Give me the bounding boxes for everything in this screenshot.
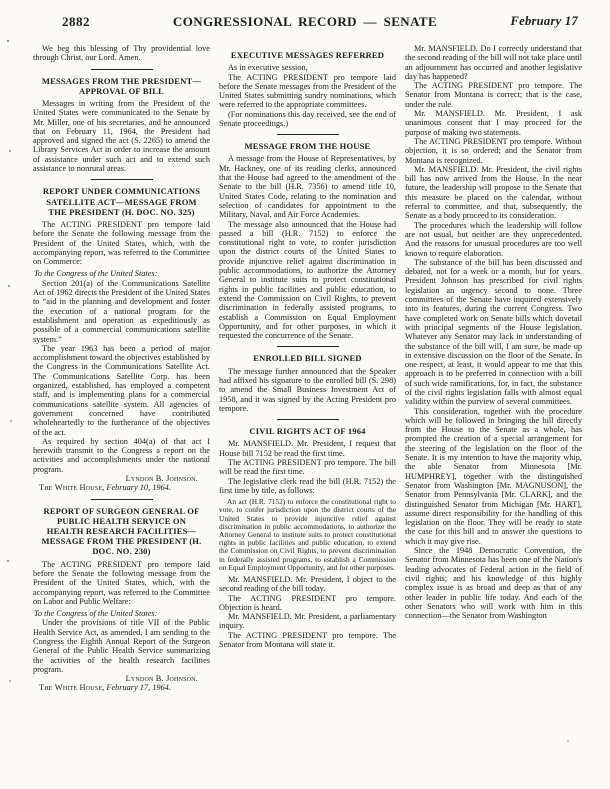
page-header: 2882 CONGRESSIONAL RECORD — SENATE Febru…: [30, 13, 580, 35]
dateline-date: February 10, 1964.: [104, 483, 171, 492]
issue-date: February 17: [510, 14, 578, 29]
dateline: The White House, February 10, 1964.: [33, 483, 210, 492]
section-heading: MESSAGES FROM THE PRESIDENT—APPROVAL OF …: [38, 76, 205, 96]
body-paragraph: We beg this blessing of Thy providential…: [33, 44, 210, 63]
body-paragraph: This consideration, together with the pr…: [405, 407, 582, 546]
section-heading: MESSAGE FROM THE HOUSE: [224, 141, 391, 151]
bill-text: An act (H.R. 7152) to enforce the consti…: [219, 498, 396, 572]
body-paragraph: (For nominations this day received, see …: [219, 110, 396, 129]
body-paragraph: Mr. MANSFIELD. Mr. President, I object t…: [219, 575, 396, 594]
body-paragraph: Messages in writing from the President o…: [33, 99, 210, 173]
body-paragraph: The substance of the bill has been discu…: [405, 258, 582, 407]
section-heading: CIVIL RIGHTS ACT OF 1964: [224, 426, 391, 436]
body-paragraph: As in executive session,: [219, 63, 396, 72]
body-paragraph: Section 201(a) of the Communications Sat…: [33, 279, 210, 344]
signature: Lyndon B. Johnson.: [33, 674, 210, 683]
body-paragraph: Mr. MANSFIELD. Mr. President, the civil …: [405, 165, 582, 221]
body-paragraph: Under the provisions of title VII of the…: [33, 618, 210, 674]
section-separator: [277, 134, 339, 135]
salutation: To the Congress of the United States:: [33, 609, 210, 618]
body-paragraph: Mr. MANSFIELD. Mr. President, a parliame…: [219, 612, 396, 631]
body-paragraph: The ACTING PRESIDENT pro tempore laid be…: [219, 73, 396, 110]
body-paragraph: The year 1963 has been a period of major…: [33, 344, 210, 437]
section-separator: [91, 179, 153, 180]
body-paragraph: The ACTING PRESIDENT pro tempore. Withou…: [405, 137, 582, 165]
section-heading: REPORT UNDER COMMUNICATIONS SATELLITE AC…: [38, 186, 205, 217]
section-separator: [277, 346, 339, 347]
dateline-date: February 17, 1964.: [104, 683, 171, 692]
dateline-place: The White House: [39, 683, 102, 692]
body-paragraph: Mr. MANSFIELD. Mr. President, I ask unan…: [405, 109, 582, 137]
body-paragraph: A message from the House of Representati…: [219, 154, 396, 219]
body-paragraph: Mr. MANSFIELD. Do I correctly understand…: [405, 44, 582, 81]
body-paragraph: The ACTING PRESIDENT pro tempore laid be…: [33, 220, 210, 266]
dateline-place: The White House: [39, 483, 102, 492]
body-paragraph: The ACTING PRESIDENT pro tempore. The Se…: [219, 631, 396, 650]
column-3: Mr. MANSFIELD. Do I correctly understand…: [405, 44, 582, 620]
body-paragraph: The legislative clerk read the bill (H.R…: [219, 477, 396, 496]
body-paragraph: The procedures which the leadership will…: [405, 221, 582, 258]
body-paragraph: Mr. MANSFIELD. Mr. President, I request …: [219, 439, 396, 458]
body-paragraph: The ACTING PRESIDENT pro tempore. The Se…: [405, 81, 582, 109]
column-1: We beg this blessing of Thy providential…: [33, 44, 210, 693]
body-paragraph: The message further announced that the S…: [219, 367, 396, 413]
body-paragraph: As required by section 404(a) of that ac…: [33, 437, 210, 474]
body-paragraph: The ACTING PRESIDENT pro tempore laid be…: [33, 560, 210, 606]
columns: We beg this blessing of Thy providential…: [0, 37, 610, 693]
salutation: To the Congress of the United States:: [33, 269, 210, 278]
section-separator: [277, 419, 339, 420]
body-paragraph: Since the 1948 Democratic Convention, th…: [405, 546, 582, 620]
congressional-record-page: 2882 CONGRESSIONAL RECORD — SENATE Febru…: [0, 0, 610, 789]
body-paragraph: The message also announced that the Hous…: [219, 220, 396, 341]
dateline: The White House, February 17, 1964.: [33, 683, 210, 692]
body-paragraph: The ACTING PRESIDENT pro tempore. The bi…: [219, 458, 396, 477]
scan-artifacts: [7, 40, 9, 42]
signature: Lyndon B. Johnson.: [33, 474, 210, 483]
section-heading: ENROLLED BILL SIGNED: [224, 353, 391, 363]
body-paragraph: The ACTING PRESIDENT pro tempore. Object…: [219, 594, 396, 613]
section-heading: REPORT OF SURGEON GENERAL OF PUBLIC HEAL…: [38, 506, 205, 557]
section-separator: [91, 69, 153, 70]
journal-title: CONGRESSIONAL RECORD — SENATE: [30, 14, 580, 30]
section-separator: [91, 499, 153, 500]
section-heading: EXECUTIVE MESSAGES REFERRED: [224, 50, 391, 60]
column-2: EXECUTIVE MESSAGES REFERREDAs in executi…: [219, 44, 396, 649]
